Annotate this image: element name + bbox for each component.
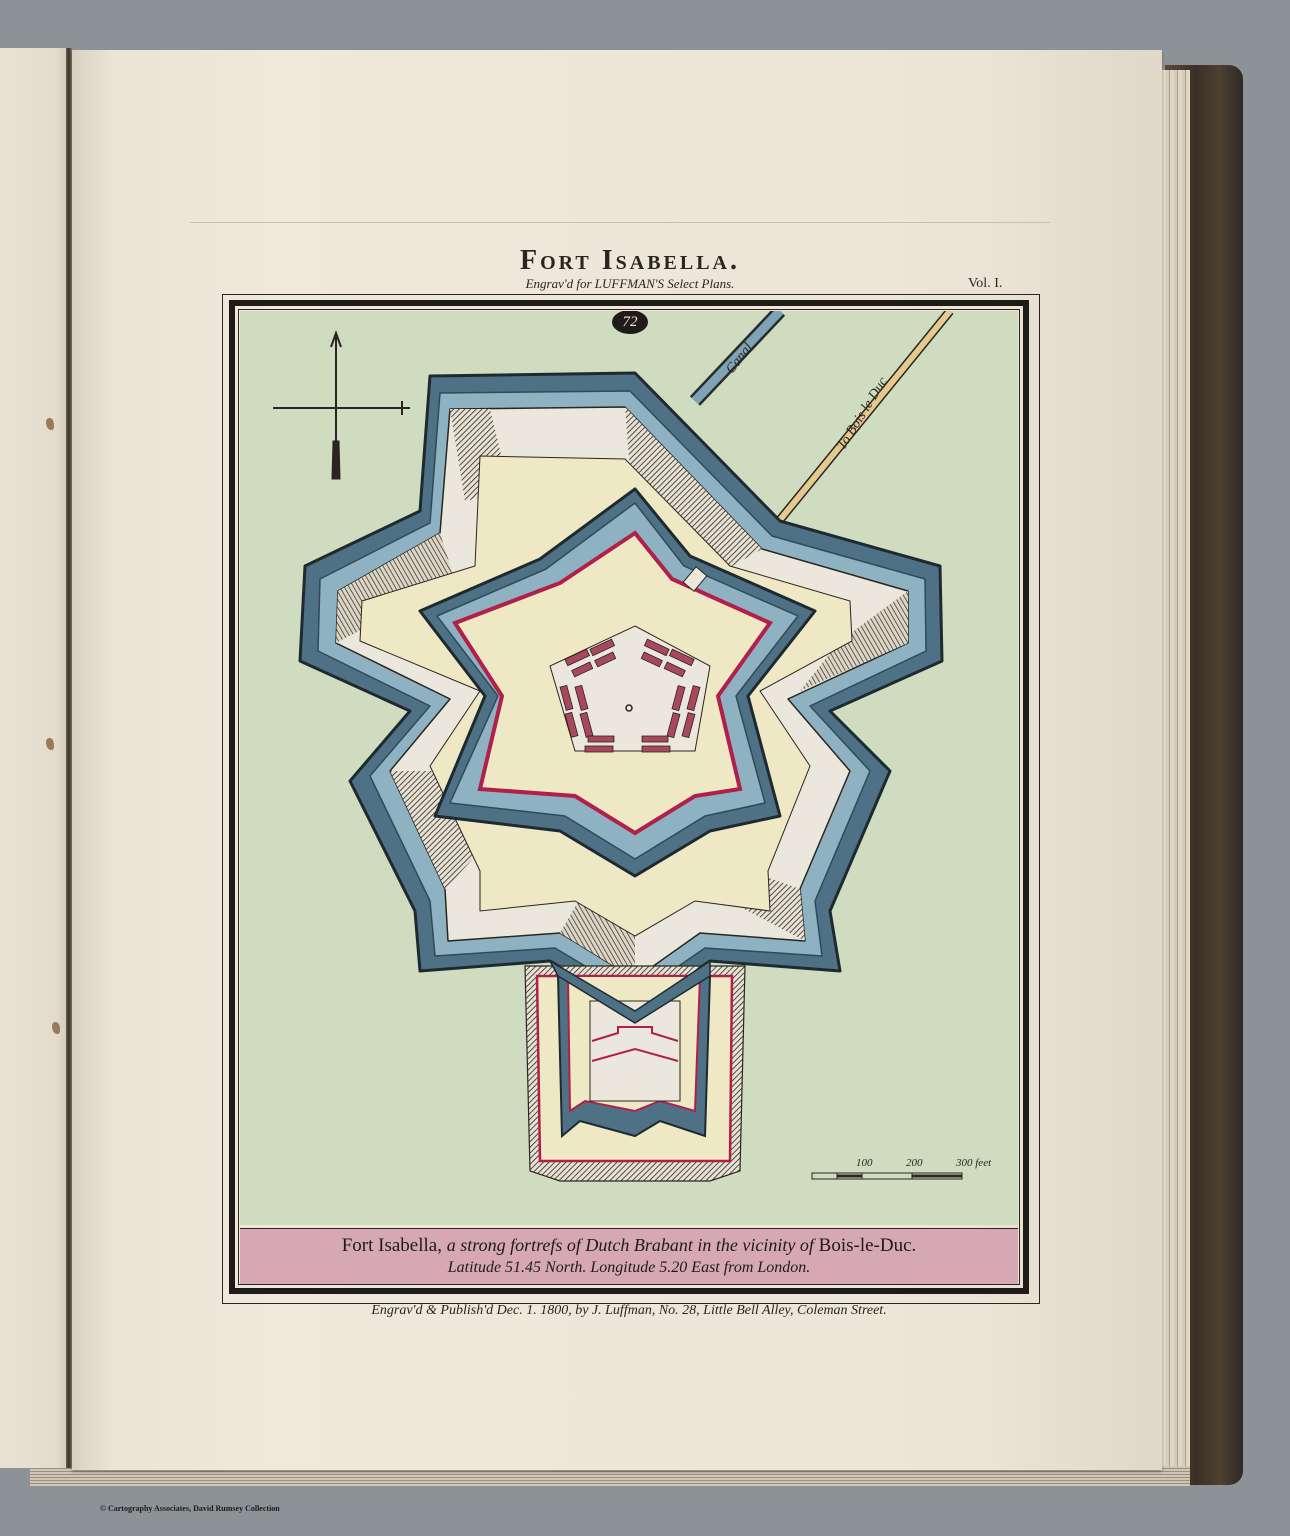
plate-mark bbox=[190, 222, 1050, 223]
caption-name: Fort Isabella, bbox=[342, 1235, 442, 1256]
caption-line-1: Fort Isabella, a strong fortrefs of Dutc… bbox=[240, 1235, 1018, 1257]
map-caption: Fort Isabella, a strong fortrefs of Dutc… bbox=[240, 1228, 1018, 1284]
left-page bbox=[0, 48, 70, 1468]
binding-stitch bbox=[52, 1022, 60, 1034]
plate-title: Fort Isabella. bbox=[330, 245, 930, 277]
collection-credit: © Cartography Associates, David Rumsey C… bbox=[100, 1504, 280, 1513]
caption-description: a strong fortrefs of Dutch Brabant in th… bbox=[447, 1235, 814, 1255]
binding-stitch bbox=[46, 418, 54, 430]
publisher-imprint: Engrav'd & Publish'd Dec. 1. 1800, by J.… bbox=[240, 1303, 1018, 1319]
scale-bar bbox=[812, 1173, 962, 1179]
compass-icon bbox=[273, 333, 410, 479]
caption-place: Bois-le-Duc. bbox=[819, 1235, 917, 1256]
plate-subtitle: Engrav'd for LUFFMAN'S Select Plans. bbox=[330, 276, 930, 292]
fort-plan-drawing bbox=[240, 311, 1018, 1225]
scale-tick-200: 200 bbox=[906, 1157, 923, 1169]
binding-stitch bbox=[46, 738, 54, 750]
fort-plan-map: 72 Canal To Bois le Duc 100 200 300 feet bbox=[240, 311, 1018, 1225]
scale-tick-300: 300 feet bbox=[956, 1157, 991, 1169]
plate-number-badge: 72 bbox=[612, 311, 648, 334]
volume-label: Vol. I. bbox=[968, 276, 1002, 292]
caption-coordinates: Latitude 51.45 North. Longitude 5.20 Eas… bbox=[240, 1259, 1018, 1277]
scale-tick-100: 100 bbox=[856, 1157, 873, 1169]
